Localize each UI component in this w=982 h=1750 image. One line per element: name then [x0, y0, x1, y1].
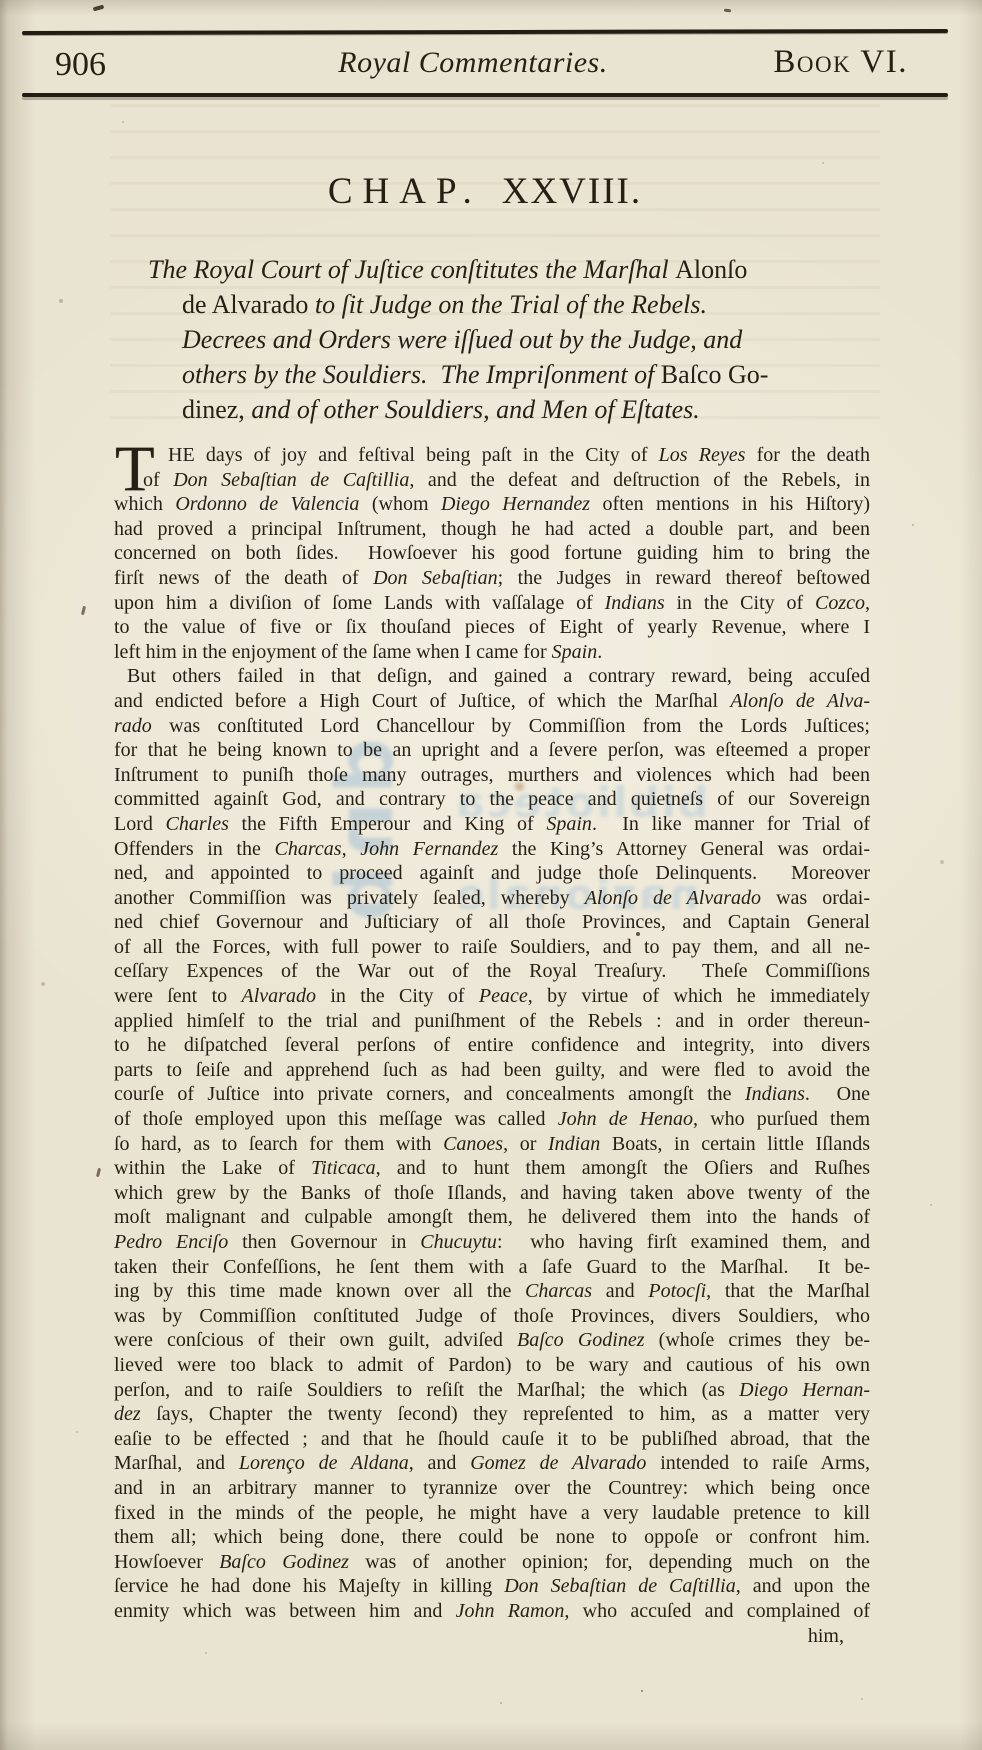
text-segment: were ſent to — [114, 985, 242, 1007]
text-segment: Peace — [479, 985, 528, 1007]
text-segment: , that the Marſhal — [706, 1280, 870, 1302]
text-segment: The Royal Court of Juſtice conſtitutes t… — [148, 255, 675, 284]
text-segment: committed againſt God, and contrary to t… — [114, 788, 870, 810]
text-segment: : who having firſt examined them, and — [497, 1231, 870, 1253]
text-line: lieved were too black to admit of Pardon… — [114, 1353, 870, 1378]
text-segment: (whoſe crimes they be- — [644, 1329, 870, 1351]
line-text: and endicted before a High Court of Juſt… — [114, 689, 870, 714]
text-segment: Los Reyes — [659, 444, 746, 466]
line-text: HE days of joy and feſtival being paſt i… — [168, 443, 870, 468]
text-segment: perſon, and to raiſe Souldiers to reſiſt… — [114, 1379, 739, 1401]
text-line: taken their Confeſſions, he ſent them wi… — [114, 1255, 870, 1280]
text-segment: Baſco Godinez — [219, 1551, 349, 1573]
ink-dot — [636, 932, 640, 936]
text-segment: then Governour in — [228, 1231, 420, 1253]
text-segment: within the Lake of — [114, 1157, 311, 1179]
text-segment: . In like manner for Trial of — [592, 813, 870, 835]
line-text: fixed in the minds of the people, he mig… — [114, 1501, 870, 1526]
text-segment: ceſſary Expences of the War out of the R… — [114, 960, 870, 982]
line-text: eaſie to be effected ; and that he ſhoul… — [114, 1427, 870, 1452]
text-line: courſe of Juſtice into private corners, … — [114, 1082, 870, 1107]
line-text: and in an arbitrary manner to tyrannize … — [114, 1476, 870, 1501]
text-line: were conſcious of their own guilt, adviſ… — [114, 1328, 870, 1353]
text-segment: Baſco Godinez — [517, 1329, 644, 1351]
text-segment: Indians — [605, 592, 665, 614]
text-segment: , — [865, 592, 870, 614]
text-segment: to ſit Judge on the Trial of the Rebels. — [315, 290, 707, 319]
text-segment: of thoſe employed upon this meſſage was … — [114, 1108, 558, 1130]
line-text: concerned on both ſides. Howſoever his g… — [114, 541, 870, 566]
text-line: Lord Charles the Fifth Emperour and King… — [114, 812, 870, 837]
text-segment: to the value of five or ſix thouſand pie… — [114, 616, 870, 638]
line-text: ing by this time made known over all the… — [114, 1279, 870, 1304]
ink-smudge — [724, 9, 731, 13]
text-line: had proved a principal Inſtrument, thoug… — [114, 517, 870, 542]
text-line: Inſtrument to puniſh thoſe many outrages… — [114, 763, 870, 788]
text-segment: But others failed in that deſign, and ga… — [127, 665, 870, 687]
text-segment: and in an arbitrary manner to tyrannize … — [114, 1477, 870, 1499]
line-text: ceſſary Expences of the War out of the R… — [114, 959, 870, 984]
text-segment: Decrees and Orders were iſſued out by th… — [182, 325, 742, 354]
text-segment: Diego Hernandez — [441, 493, 590, 515]
line-text: committed againſt God, and contrary to t… — [114, 787, 870, 812]
line-text: But others failed in that deſign, and ga… — [127, 664, 870, 689]
chapter-heading: CHAP.XXVIII. — [0, 170, 976, 213]
text-segment: Marſhal, and — [114, 1452, 239, 1474]
text-line: The Royal Court of Juſtice conſtitutes t… — [148, 252, 862, 287]
text-line: and endicted before a High Court of Juſt… — [114, 689, 870, 714]
book-label: Book VI. — [773, 44, 908, 81]
text-segment: Alonſo — [675, 255, 747, 284]
text-segment: moſt malignant and culpable amongſt them… — [114, 1206, 870, 1228]
text-segment: others by the Souldiers. The Impriſonmen… — [182, 360, 661, 389]
paragraph: THE days of joy and feſtival being paſt … — [114, 443, 870, 664]
text-line: But others failed in that deſign, and ga… — [114, 664, 870, 689]
text-line: which Ordonno de Valencia (whom Diego He… — [114, 492, 870, 517]
text-segment: de Alvarado — [182, 290, 315, 319]
line-text: ſervice he had done his Majeſty in killi… — [114, 1574, 870, 1599]
text-segment: Potocſi — [648, 1280, 706, 1302]
line-text: within the Lake of Titicaca, and to hunt… — [114, 1156, 870, 1181]
text-segment: eaſie to be effected ; and that he ſhoul… — [114, 1428, 870, 1450]
text-segment: for the death — [745, 444, 870, 466]
line-text: left him in the enjoyment of the ſame wh… — [114, 640, 602, 665]
line-text: was by Commiſſion conſtituted Judge of t… — [114, 1304, 870, 1329]
line-text: to he diſpatched ſeveral perſons of enti… — [114, 1033, 870, 1058]
header-rule — [22, 93, 948, 97]
line-text: firſt news of the death of Don Sebaſtian… — [114, 566, 870, 591]
text-line: dinez, and of other Souldiers, and Men o… — [148, 392, 862, 427]
line-text: Lord Charles the Fifth Emperour and King… — [114, 812, 870, 837]
text-segment: , and to hunt them amongſt the Oſiers an… — [376, 1157, 870, 1179]
body-text: THE days of joy and feſtival being paſt … — [114, 443, 870, 1624]
line-text: dez ſays, Chapter the twenty ſecond) the… — [114, 1402, 870, 1427]
text-line: ſo hard, as to ſearch for them with Cano… — [114, 1132, 870, 1157]
line-text: of Don Sebaſtian de Caſtillia, and the d… — [143, 468, 870, 493]
text-segment: , who purſued them — [693, 1108, 870, 1130]
text-line: rado was conſtituted Lord Chancellour by… — [114, 714, 870, 739]
text-segment: Ordonno de Valencia — [175, 493, 359, 515]
text-segment: . — [597, 641, 602, 663]
text-segment: John Fernandez — [360, 838, 498, 860]
line-text: Offenders in the Charcas, John Fernandez… — [114, 837, 870, 862]
text-segment: . One — [805, 1083, 870, 1105]
text-line: ned chief Governour and Juſticiary of al… — [114, 910, 870, 935]
text-line: upon him a diviſion of ſome Lands with v… — [114, 591, 870, 616]
text-segment: , and — [409, 1452, 471, 1474]
text-segment: was by Commiſſion conſtituted Judge of t… — [114, 1305, 870, 1327]
text-segment: Diego Hernan- — [739, 1379, 870, 1401]
drop-cap: T — [115, 445, 155, 493]
text-segment: dez — [114, 1403, 141, 1425]
line-text: upon him a diviſion of ſome Lands with v… — [114, 591, 870, 616]
line-text: taken their Confeſſions, he ſent them wi… — [114, 1255, 870, 1280]
line-text: Marſhal, and Lorenço de Aldana, and Gome… — [114, 1451, 870, 1476]
text-segment: in the City of — [316, 985, 479, 1007]
text-line: left him in the enjoyment of the ſame wh… — [114, 640, 870, 665]
text-segment: to he diſpatched ſeveral perſons of enti… — [114, 1034, 870, 1056]
text-segment: and — [592, 1280, 648, 1302]
text-segment: , — [342, 838, 361, 860]
line-text: another Commiſſion was privately ſealed,… — [114, 886, 870, 911]
text-segment: Charcas — [275, 838, 342, 860]
text-segment: left him in the enjoyment of the ſame wh… — [114, 641, 552, 663]
text-segment: Charcas — [525, 1280, 592, 1302]
text-line: Howſoever Baſco Godinez was of another o… — [114, 1550, 870, 1575]
text-segment: applied himſelf to the trial and puniſhm… — [114, 1010, 870, 1032]
text-segment: had proved a principal Inſtrument, thoug… — [114, 518, 870, 540]
text-line: others by the Souldiers. The Impriſonmen… — [148, 357, 862, 392]
text-segment: Alonſo de Alva- — [730, 690, 870, 712]
text-line: were ſent to Alvarado in the City of Pea… — [114, 984, 870, 1009]
line-text: parts to ſeiſe and apprehend ſuch as had… — [114, 1058, 870, 1083]
text-segment: Lorenço de Aldana — [239, 1452, 409, 1474]
line-text: ned, and appointed to proceed againſt an… — [114, 861, 870, 886]
text-line: committed againſt God, and contrary to t… — [114, 787, 870, 812]
line-text: Pedro Enciſo then Governour in Chucuytu:… — [114, 1230, 870, 1255]
text-segment: were conſcious of their own guilt, adviſ… — [114, 1329, 517, 1351]
text-segment: enmity which was between him and — [114, 1600, 456, 1622]
text-segment: Howſoever — [114, 1551, 219, 1573]
text-segment: was of another opinion; for, depending m… — [349, 1551, 870, 1573]
text-segment: Titicaca — [311, 1157, 375, 1179]
text-segment: Lord — [114, 813, 166, 835]
text-line: dez ſays, Chapter the twenty ſecond) the… — [114, 1402, 870, 1427]
text-segment: concerned on both ſides. Howſoever his g… — [114, 542, 870, 564]
text-line: within the Lake of Titicaca, and to hunt… — [114, 1156, 870, 1181]
line-text: of all the Forces, with full power to ra… — [114, 935, 870, 960]
ink-mark — [96, 1168, 101, 1177]
line-text: for that he being known to be an upright… — [114, 738, 870, 763]
text-segment: dinez, — [182, 395, 251, 424]
text-segment: and of other Souldiers, and Men of Eſtat… — [251, 395, 699, 424]
line-text: ned chief Governour and Juſticiary of al… — [114, 910, 870, 935]
text-line: to the value of five or ſix thouſand pie… — [114, 615, 870, 640]
text-line: ceſſary Expences of the War out of the R… — [114, 959, 870, 984]
text-segment: the King’s Attorney General was ordai- — [498, 838, 870, 860]
text-line: ſervice he had done his Majeſty in killi… — [114, 1574, 870, 1599]
text-segment: , and the defeat and deſtruction of the … — [409, 469, 870, 491]
line-text: them all; which being done, there could … — [114, 1525, 870, 1550]
line-text: which Ordonno de Valencia (whom Diego He… — [114, 492, 870, 517]
text-segment: which grew by the Banks of thoſe Iſlands… — [114, 1182, 870, 1204]
text-segment: Spain — [552, 641, 598, 663]
text-line: fixed in the minds of the people, he mig… — [114, 1501, 870, 1526]
text-line: enmity which was between him and John Ra… — [114, 1599, 870, 1624]
top-rule — [22, 29, 948, 35]
text-line: concerned on both ſides. Howſoever his g… — [114, 541, 870, 566]
text-segment: Canoes — [443, 1133, 503, 1155]
line-text: Howſoever Baſco Godinez was of another o… — [114, 1550, 870, 1575]
text-segment: firſt news of the death of — [114, 567, 373, 589]
text-line: was by Commiſſion conſtituted Judge of t… — [114, 1304, 870, 1329]
line-text: rado was conſtituted Lord Chancellour by… — [114, 714, 870, 739]
line-text: lieved were too black to admit of Pardon… — [114, 1353, 870, 1378]
chapter-number: XXVIII. — [502, 171, 642, 212]
text-segment: intended to raiſe Arms, — [646, 1452, 870, 1474]
text-line: which grew by the Banks of thoſe Iſlands… — [114, 1181, 870, 1206]
text-segment: Pedro Enciſo — [114, 1231, 228, 1253]
catchword: him, — [808, 1625, 844, 1647]
text-line: them all; which being done, there could … — [114, 1525, 870, 1550]
line-text: dinez, and of other Souldiers, and Men o… — [182, 392, 700, 427]
line-text: enmity which was between him and John Ra… — [114, 1599, 870, 1624]
text-segment: for that he being known to be an upright… — [114, 739, 870, 761]
catchword-row: him, — [114, 1625, 870, 1648]
text-segment: Indian — [548, 1133, 600, 1155]
text-segment: ned chief Governour and Juſticiary of al… — [114, 911, 870, 933]
line-text: moſt malignant and culpable amongſt them… — [114, 1205, 870, 1230]
text-segment: rado — [114, 715, 152, 737]
text-line: ned, and appointed to proceed againſt an… — [114, 861, 870, 886]
line-text: were ſent to Alvarado in the City of Pea… — [114, 984, 870, 1009]
text-segment: taken their Confeſſions, he ſent them wi… — [114, 1256, 870, 1278]
text-segment: Offenders in the — [114, 838, 275, 860]
line-text: of thoſe employed upon this meſſage was … — [114, 1107, 870, 1132]
text-segment: Indians — [745, 1083, 805, 1105]
text-segment: Boats, in certain little Iſlands — [600, 1133, 870, 1155]
text-line: ing by this time made known over all the… — [114, 1279, 870, 1304]
line-text: to the value of five or ſix thouſand pie… — [114, 615, 870, 640]
text-line: and in an arbitrary manner to tyrannize … — [114, 1476, 870, 1501]
text-segment: Gomez de Alvarado — [470, 1452, 646, 1474]
paragraph: But others failed in that deſign, and ga… — [114, 664, 870, 1623]
text-segment: often mentions in his Hiſtory) — [590, 493, 870, 515]
text-segment: fixed in the minds of the people, he mig… — [114, 1502, 870, 1524]
line-text: Decrees and Orders were iſſued out by th… — [182, 322, 742, 357]
text-segment: John Ramon — [456, 1600, 565, 1622]
text-segment: ; the Judges in reward thereof beſtowed — [498, 567, 870, 589]
text-segment: (whom — [359, 493, 441, 515]
ink-smudge — [93, 5, 105, 12]
line-text: The Royal Court of Juſtice conſtitutes t… — [148, 252, 747, 287]
text-segment: lieved were too black to admit of Pardon… — [114, 1354, 870, 1376]
text-segment: , and upon the — [736, 1575, 870, 1597]
line-text: applied himſelf to the trial and puniſhm… — [114, 1009, 870, 1034]
text-segment: Chucuytu — [420, 1231, 497, 1253]
line-text: courſe of Juſtice into private corners, … — [114, 1082, 870, 1107]
text-line: HE days of joy and feſtival being paſt i… — [114, 443, 870, 468]
line-text: others by the Souldiers. The Impriſonmen… — [182, 357, 768, 392]
book-page: 906 Royal Commentaries. Book VI. CHAP.XX… — [0, 0, 982, 1750]
text-line: eaſie to be effected ; and that he ſhoul… — [114, 1427, 870, 1452]
chapter-label: CHAP. — [328, 171, 482, 212]
text-line: of all the Forces, with full power to ra… — [114, 935, 870, 960]
running-header: 906 Royal Commentaries. Book VI. — [0, 44, 982, 90]
text-segment: the Fifth Emperour and King of — [229, 813, 546, 835]
text-segment: Don Sebaſtian de Caſtillia — [504, 1575, 736, 1597]
ink-mark — [81, 606, 86, 615]
line-text: Inſtrument to puniſh thoſe many outrages… — [114, 763, 870, 788]
line-text: were conſcious of their own guilt, adviſ… — [114, 1328, 870, 1353]
text-line: Marſhal, and Lorenço de Aldana, and Gome… — [114, 1451, 870, 1476]
text-segment: was conſtituted Lord Chancellour by Comm… — [152, 715, 870, 737]
text-segment: courſe of Juſtice into private corners, … — [114, 1083, 745, 1105]
text-line: perſon, and to raiſe Souldiers to reſiſt… — [114, 1378, 870, 1403]
text-segment: , by virtue of which he immediately — [528, 985, 870, 1007]
text-segment: , or — [503, 1133, 548, 1155]
text-line: Pedro Enciſo then Governour in Chucuytu:… — [114, 1230, 870, 1255]
text-segment: Inſtrument to puniſh thoſe many outrages… — [114, 764, 870, 786]
text-segment: Cozco — [815, 592, 865, 614]
text-segment: ſervice he had done his Majeſty in killi… — [114, 1575, 504, 1597]
text-line: to he diſpatched ſeveral perſons of enti… — [114, 1033, 870, 1058]
text-segment: another Commiſſion was privately ſealed,… — [114, 887, 585, 909]
text-line: another Commiſſion was privately ſealed,… — [114, 886, 870, 911]
text-segment: Don Sebaſtian de Caſtillia — [173, 469, 409, 491]
text-segment: in the City of — [665, 592, 815, 614]
text-line: firſt news of the death of Don Sebaſtian… — [114, 566, 870, 591]
text-segment: ing by this time made known over all the — [114, 1280, 525, 1302]
text-segment: Spain — [546, 813, 592, 835]
text-segment: Alonſo de Alvarado — [585, 887, 761, 909]
text-line: of thoſe employed upon this meſſage was … — [114, 1107, 870, 1132]
line-text: de Alvarado to ſit Judge on the Trial of… — [182, 287, 707, 322]
paper-specks — [0, 0, 2, 2]
text-segment: Don Sebaſtian — [373, 567, 497, 589]
line-text: perſon, and to raiſe Souldiers to reſiſt… — [114, 1378, 870, 1403]
text-segment: was ordai- — [761, 887, 870, 909]
text-line: Decrees and Orders were iſſued out by th… — [148, 322, 862, 357]
text-segment: of all the Forces, with full power to ra… — [114, 936, 870, 958]
text-line: Offenders in the Charcas, John Fernandez… — [114, 837, 870, 862]
text-segment: ſays, Chapter the twenty ſecond) they re… — [141, 1403, 870, 1425]
text-segment: parts to ſeiſe and apprehend ſuch as had… — [114, 1059, 870, 1081]
text-line: moſt malignant and culpable amongſt them… — [114, 1205, 870, 1230]
line-text: ſo hard, as to ſearch for them with Cano… — [114, 1132, 870, 1157]
text-segment: Charles — [166, 813, 229, 835]
text-segment: Baſco Go- — [661, 360, 769, 389]
line-text: which grew by the Banks of thoſe Iſlands… — [114, 1181, 870, 1206]
text-segment: ſo hard, as to ſearch for them with — [114, 1133, 443, 1155]
text-segment: ned, and appointed to proceed againſt an… — [114, 862, 870, 884]
text-segment: upon him a diviſion of ſome Lands with v… — [114, 592, 605, 614]
text-segment: and endicted before a High Court of Juſt… — [114, 690, 730, 712]
line-text: had proved a principal Inſtrument, thoug… — [114, 517, 870, 542]
text-line: applied himſelf to the trial and puniſhm… — [114, 1009, 870, 1034]
text-segment: them all; which being done, there could … — [114, 1526, 870, 1548]
paper-stain — [512, 781, 527, 792]
text-line: parts to ſeiſe and apprehend ſuch as had… — [114, 1058, 870, 1083]
text-segment: John de Henao — [558, 1108, 693, 1130]
text-segment: , who accuſed and complained of — [564, 1600, 870, 1622]
text-line: of Don Sebaſtian de Caſtillia, and the d… — [114, 468, 870, 493]
text-line: de Alvarado to ſit Judge on the Trial of… — [148, 287, 862, 322]
text-line: for that he being known to be an upright… — [114, 738, 870, 763]
text-segment: Alvarado — [242, 985, 316, 1007]
chapter-argument: The Royal Court of Juſtice conſtitutes t… — [148, 252, 862, 427]
text-segment: HE days of joy and feſtival being paſt i… — [168, 444, 659, 466]
